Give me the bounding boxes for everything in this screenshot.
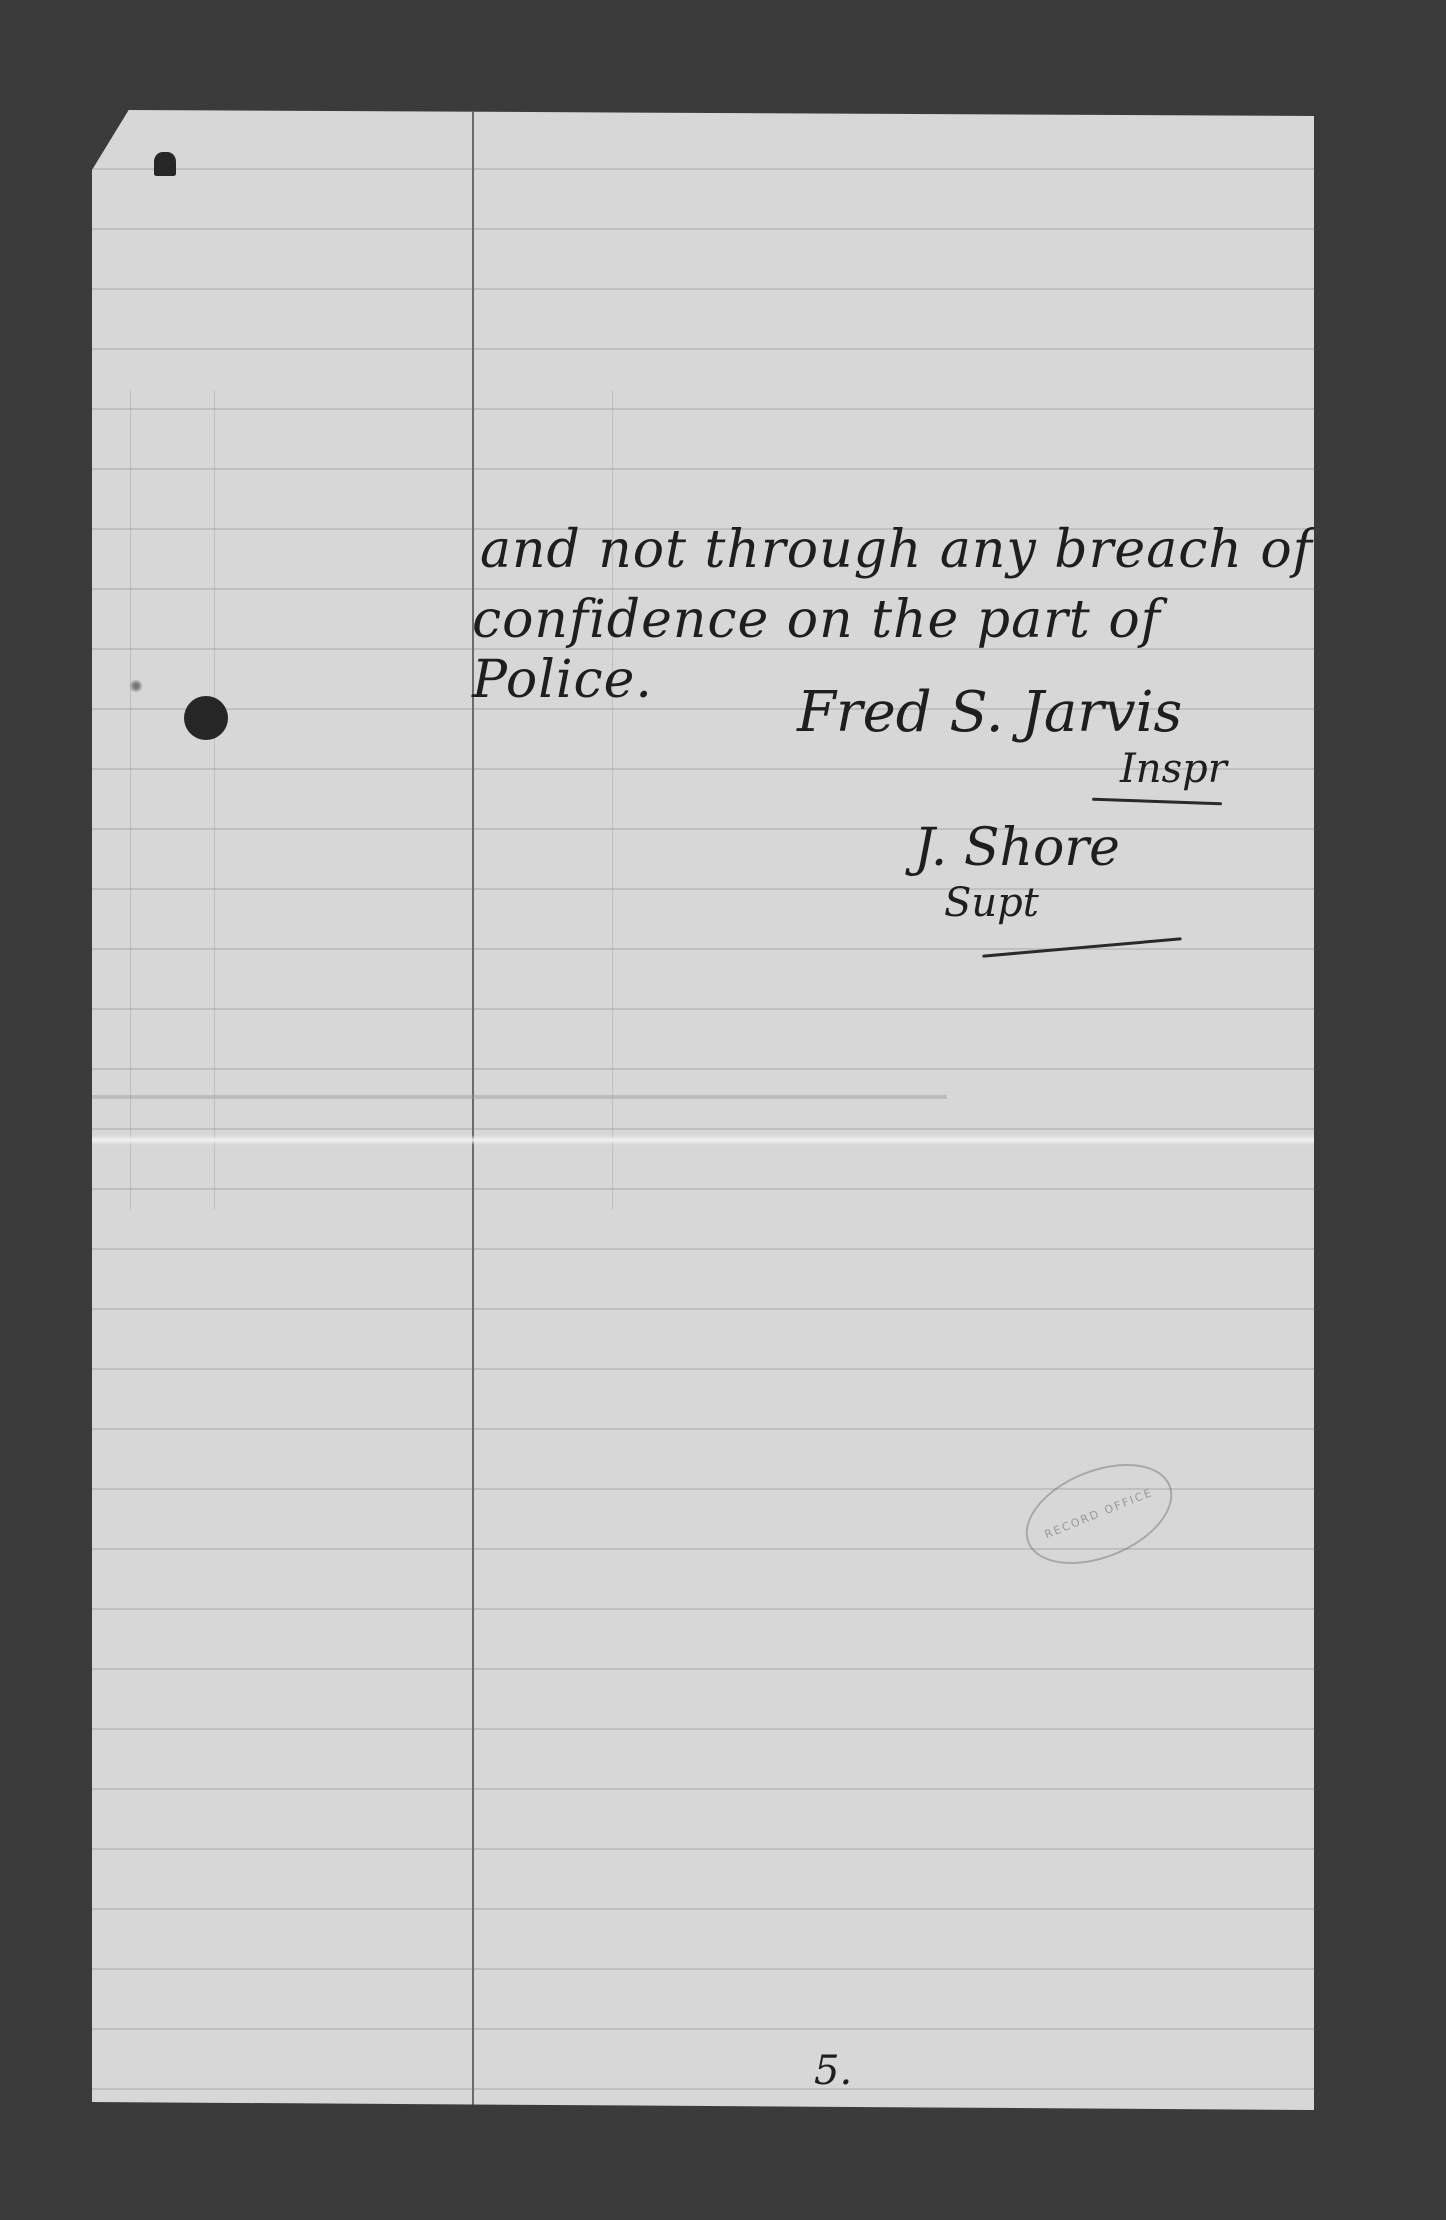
body-line-1: and not through any breach of [480,520,1313,580]
signature-1-flourish [1092,798,1222,806]
faint-ruled-column [214,390,215,1210]
signature-1-name: Fred S. Jarvis [797,680,1182,745]
punch-hole-top [154,152,176,176]
signature-2-name: J. Shore [914,818,1120,878]
document-page: and not through any breach of confidence… [92,110,1314,2110]
archive-stamp: RECORD OFFICE [1011,1444,1187,1583]
fold-line [92,1095,947,1099]
signature-1-title: Inspr [1120,746,1227,792]
faint-ruled-column [130,390,131,1210]
punch-hole [184,696,228,740]
page-number: 5. [814,2048,852,2094]
ink-speck [126,680,146,692]
faint-ruled-column [612,390,613,1210]
fold-crease [92,1135,1314,1145]
margin-line [472,110,474,2110]
signature-2-title: Supt [944,880,1039,926]
signature-2-flourish [982,937,1182,957]
